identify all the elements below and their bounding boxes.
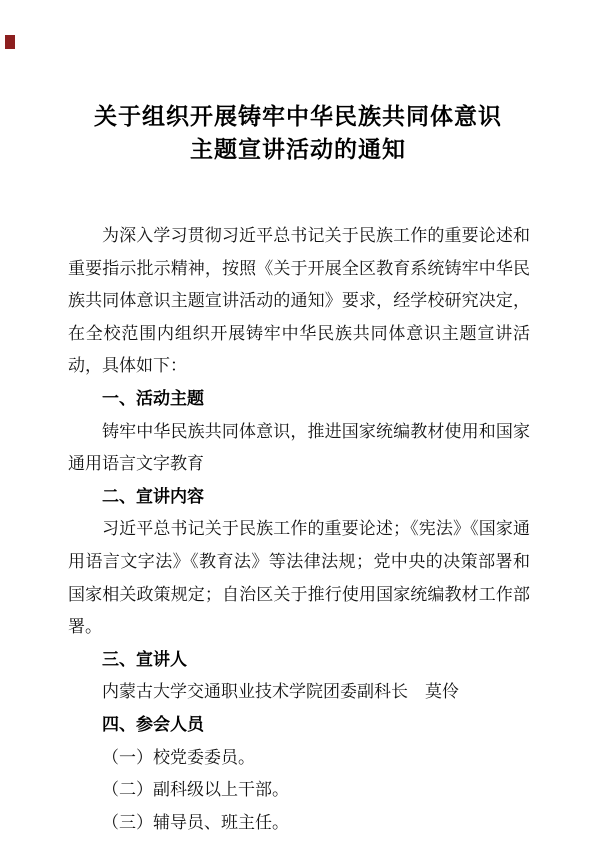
attendee-item-3: （三）辅导员、班主任。	[68, 807, 530, 840]
section-heading-activity-theme: 一、活动主题	[68, 383, 530, 416]
attendee-item-2: （二）副科级以上干部。	[68, 774, 530, 807]
section-body-lecture-content: 习近平总书记关于民族工作的重要论述；《宪法》《国家通用语言文字法》《教育法》等法…	[68, 513, 530, 643]
section-body-activity-theme: 铸牢中华民族共同体意识，推进国家统编教材使用和国家通用语言文字教育	[68, 416, 530, 481]
section-heading-attendees: 四、参会人员	[68, 709, 530, 742]
document-page: 关于组织开展铸牢中华民族共同体意识 主题宣讲活动的通知 为深入学习贯彻习近平总书…	[0, 0, 596, 842]
document-title: 关于组织开展铸牢中华民族共同体意识 主题宣讲活动的通知	[0, 0, 596, 166]
section-heading-lecturer: 三、宣讲人	[68, 644, 530, 677]
title-line-1: 关于组织开展铸牢中华民族共同体意识	[0, 100, 596, 133]
section-body-lecturer: 内蒙古大学交通职业技术学院团委副科长 莫伶	[68, 676, 530, 709]
title-line-2: 主题宣讲活动的通知	[0, 133, 596, 166]
red-corner-mark	[5, 35, 15, 49]
intro-paragraph: 为深入学习贯彻习近平总书记关于民族工作的重要论述和重要指示批示精神，按照《关于开…	[68, 220, 530, 383]
attendee-item-1: （一）校党委委员。	[68, 742, 530, 775]
document-body: 为深入学习贯彻习近平总书记关于民族工作的重要论述和重要指示批示精神，按照《关于开…	[68, 220, 530, 839]
section-heading-lecture-content: 二、宣讲内容	[68, 481, 530, 514]
